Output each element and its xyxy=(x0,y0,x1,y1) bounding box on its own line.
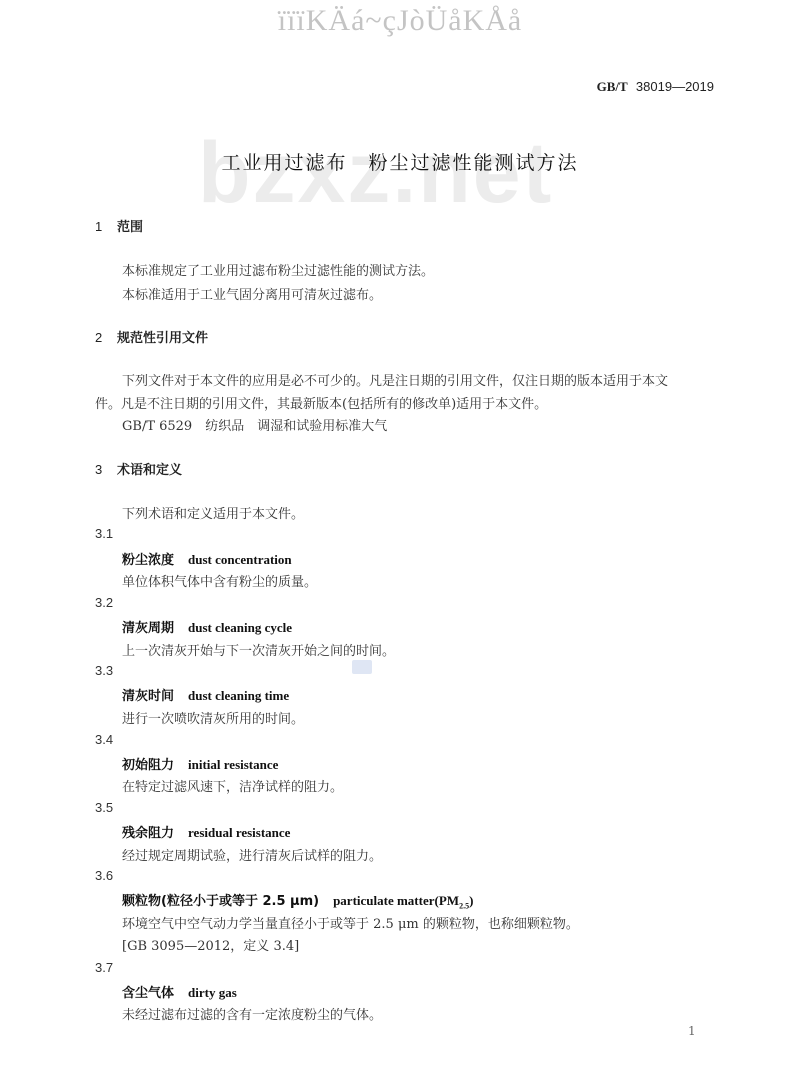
standard-number: GB/T 38019—2019 xyxy=(597,79,714,95)
clause-number: 3.5 xyxy=(95,800,113,815)
term-zh: 粉尘浓度 xyxy=(122,553,174,568)
section-title: 规范性引用文件 xyxy=(117,331,208,346)
term-definition: 环境空气中空气动力学当量直径小于或等于 2.5 μm 的颗粒物，也称细颗粒物。 xyxy=(122,913,579,932)
reference-item: GB/T 6529 纺织品 调湿和试验用标准大气 xyxy=(122,415,387,434)
term-en: particulate matter(PM2.5) xyxy=(333,893,473,908)
term-en: initial resistance xyxy=(188,757,278,772)
section-number: 3 xyxy=(95,462,117,477)
term-definition: 单位体积气体中含有粉尘的质量。 xyxy=(122,571,317,590)
clause-number: 3.2 xyxy=(95,595,113,610)
paragraph: 下列文件对于本文件的应用是必不可少的。凡是注日期的引用文件，仅注日期的版本适用于… xyxy=(122,370,668,389)
term-en: dirty gas xyxy=(188,985,237,1000)
logo-badge-icon xyxy=(352,660,372,674)
term-heading: 粉尘浓度dust concentration xyxy=(122,549,292,568)
term-heading: 含尘气体dirty gas xyxy=(122,982,237,1001)
term-en-tail: ) xyxy=(469,893,473,908)
term-heading: 颗粒物(粒径小于或等于 2.5 μm)particulate matter(PM… xyxy=(122,890,473,911)
term-heading: 清灰周期dust cleaning cycle xyxy=(122,617,292,636)
clause-number: 3.6 xyxy=(95,868,113,883)
section-heading-scope: 1范围 xyxy=(95,216,143,235)
term-heading: 清灰时间dust cleaning time xyxy=(122,685,289,704)
term-definition: 上一次清灰开始与下一次清灰开始之间的时间。 xyxy=(122,640,395,659)
term-definition: 未经过滤布过滤的含有一定浓度粉尘的气体。 xyxy=(122,1004,382,1023)
section-heading-terms: 3术语和定义 xyxy=(95,459,182,478)
section-number: 2 xyxy=(95,330,117,345)
term-en: dust concentration xyxy=(188,552,292,567)
term-zh: 初始阻力 xyxy=(122,758,174,773)
term-zh: 颗粒物(粒径小于或等于 2.5 μm) xyxy=(122,894,319,909)
term-heading: 初始阻力initial resistance xyxy=(122,754,278,773)
clause-number: 3.4 xyxy=(95,732,113,747)
term-definition: 进行一次喷吹清灰所用的时间。 xyxy=(122,708,304,727)
standard-code: 38019—2019 xyxy=(636,79,714,94)
section-title: 术语和定义 xyxy=(117,463,182,478)
standard-prefix: GB/T xyxy=(597,79,628,94)
term-heading: 残余阻力residual resistance xyxy=(122,822,290,841)
paragraph: 件。凡是不注日期的引用文件，其最新版本(包括所有的修改单)适用于本文件。 xyxy=(95,393,547,412)
page-number: 1 xyxy=(688,1024,696,1038)
term-zh: 清灰时间 xyxy=(122,689,174,704)
section-number: 1 xyxy=(95,219,117,234)
document-title: 工业用过滤布 粉尘过滤性能测试方法 xyxy=(0,148,800,175)
term-source: [GB 3095—2012，定义 3.4] xyxy=(122,935,299,954)
paragraph: 本标准规定了工业用过滤布粉尘过滤性能的测试方法。 xyxy=(122,260,434,279)
section-title: 范围 xyxy=(117,220,143,235)
clause-number: 3.3 xyxy=(95,663,113,678)
paragraph: 本标准适用于工业气固分离用可清灰过滤布。 xyxy=(122,284,382,303)
term-en-subscript: 2.5 xyxy=(459,902,469,911)
term-en-main: particulate matter(PM xyxy=(333,893,459,908)
term-zh: 清灰周期 xyxy=(122,621,174,636)
term-en: dust cleaning cycle xyxy=(188,620,292,635)
term-zh: 含尘气体 xyxy=(122,986,174,1001)
term-definition: 在特定过滤风速下，洁净试样的阻力。 xyxy=(122,776,343,795)
term-en: residual resistance xyxy=(188,825,290,840)
section-heading-normative-references: 2规范性引用文件 xyxy=(95,327,208,346)
term-definition: 经过规定周期试验，进行清灰后试样的阻力。 xyxy=(122,845,382,864)
term-en: dust cleaning time xyxy=(188,688,289,703)
clause-number: 3.1 xyxy=(95,526,113,541)
clause-number: 3.7 xyxy=(95,960,113,975)
term-zh: 残余阻力 xyxy=(122,826,174,841)
paragraph: 下列术语和定义适用于本文件。 xyxy=(122,503,304,522)
garbled-banner: ïïïKÄá~çJòÜåKÅå xyxy=(0,4,800,38)
